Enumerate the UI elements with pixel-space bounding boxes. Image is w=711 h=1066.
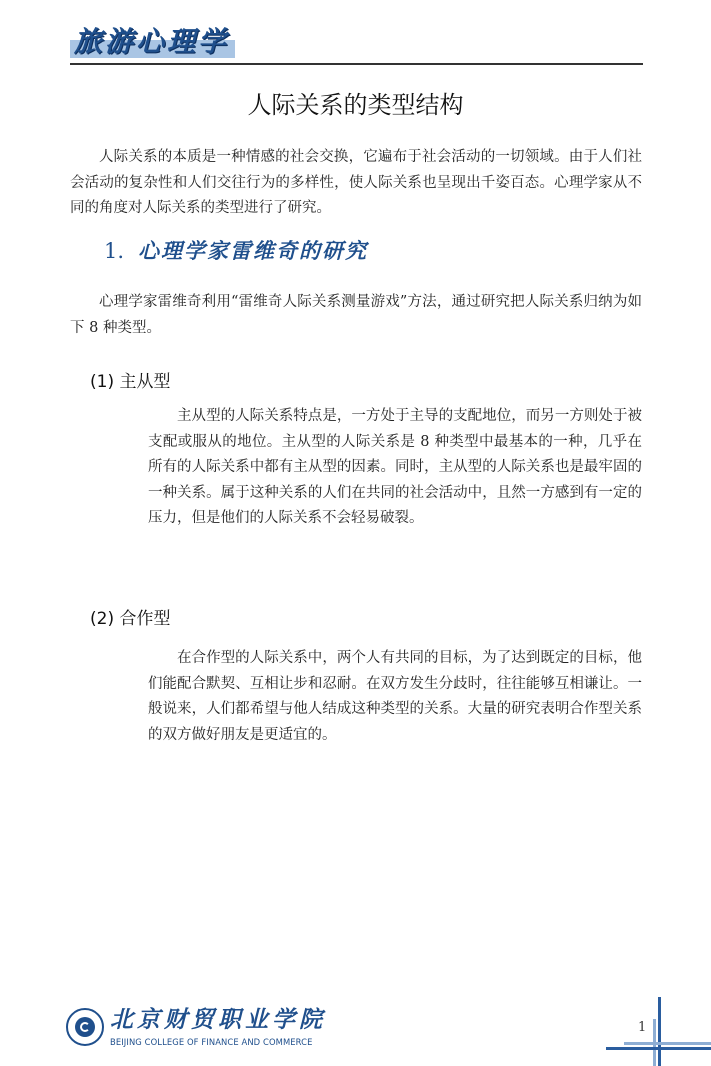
intro-paragraph: 人际关系的本质是一种情感的社会交换，它遍布于社会活动的一切领域。由于人们社会活动… xyxy=(70,145,642,222)
page-title: 人际关系的类型结构 xyxy=(0,88,711,122)
section-text: 心理学家雷维奇利用“雷维奇人际关系测量游戏”方法，通过研究把人际关系归纳为如下 … xyxy=(70,290,642,341)
type-paragraph-2: 在合作型的人际关系中，两个人有共同的目标，为了达到既定的目标，他们能配合默契、互… xyxy=(148,646,642,748)
type-paragraph-1: 主从型的人际关系特点是，一方处于主导的支配地位，而另一方则处于被支配或服从的地位… xyxy=(148,404,642,532)
section-number: 1. xyxy=(104,239,124,263)
book-title: 旅游心理学 xyxy=(74,24,229,60)
college-emblem-icon xyxy=(66,1008,104,1046)
section-heading: 1.心理学家雷维奇的研究 xyxy=(104,236,368,266)
page-number: 1 xyxy=(638,1020,646,1035)
type-text-1: 主从型的人际关系特点是，一方处于主导的支配地位，而另一方则处于被支配或服从的地位… xyxy=(148,404,642,532)
type-heading-1: (1) 主从型 xyxy=(90,369,170,395)
corner-line-horizontal-dark xyxy=(606,1047,711,1050)
intro-text: 人际关系的本质是一种情感的社会交换，它遍布于社会活动的一切领域。由于人们社会活动… xyxy=(70,145,642,222)
college-name-en: BEIJING COLLEGE OF FINANCE AND COMMERCE xyxy=(110,1037,313,1047)
college-name-cn: 北京财贸职业学院 xyxy=(110,1005,326,1035)
header-rule xyxy=(70,63,643,65)
section-paragraph: 心理学家雷维奇利用“雷维奇人际关系测量游戏”方法，通过研究把人际关系归纳为如下 … xyxy=(70,290,642,341)
type-text-2: 在合作型的人际关系中，两个人有共同的目标，为了达到既定的目标，他们能配合默契、互… xyxy=(148,646,642,748)
type-heading-2: (2) 合作型 xyxy=(90,606,170,632)
corner-line-vertical-dark xyxy=(658,997,661,1066)
section-title: 心理学家雷维奇的研究 xyxy=(138,239,368,263)
corner-line-horizontal-light xyxy=(624,1042,711,1045)
